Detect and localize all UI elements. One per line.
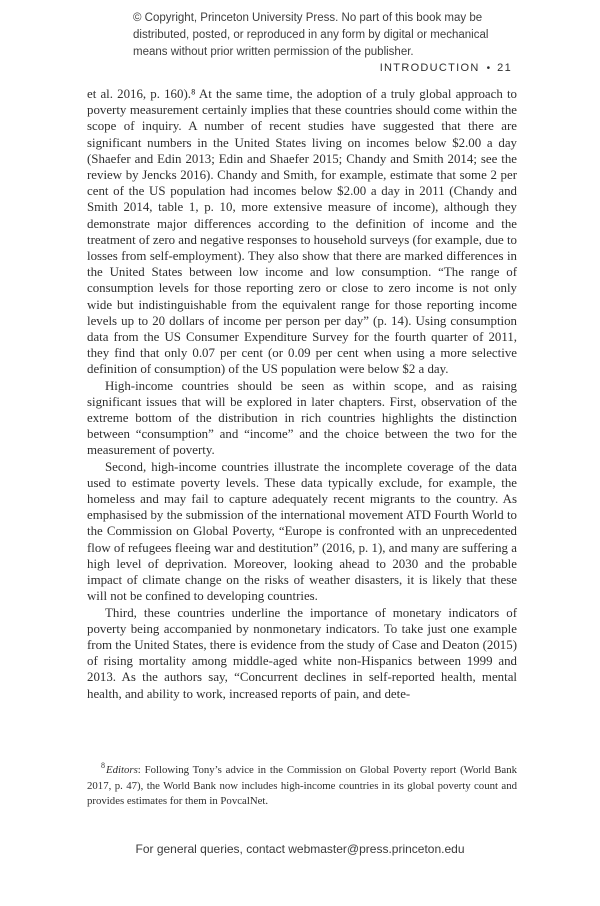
footnote-term: Editors	[106, 764, 138, 776]
footnote-text: : Following Tony’s advice in the Commiss…	[87, 764, 517, 807]
footnote-paragraph: 8Editors: Following Tony’s advice in the…	[87, 763, 517, 810]
copyright-notice: © Copyright, Princeton University Press.…	[133, 10, 488, 61]
section-title: INTRODUCTION	[380, 62, 480, 74]
footnote-marker: 8	[101, 761, 105, 770]
body-text: et al. 2016, p. 160).⁸ At the same time,…	[87, 86, 517, 702]
page-number: 21	[497, 62, 512, 74]
copyright-line-1: © Copyright, Princeton University Press.…	[133, 10, 488, 27]
paragraph-2: High-income countries should be seen as …	[87, 378, 517, 459]
copyright-line-3: means without prior written permission o…	[133, 44, 488, 61]
book-page: © Copyright, Princeton University Press.…	[0, 0, 600, 906]
footnote: 8Editors: Following Tony’s advice in the…	[87, 763, 517, 810]
separator-dot: •	[487, 63, 491, 74]
paragraph-3: Second, high-income countries illustrate…	[87, 459, 517, 605]
contact-line: For general queries, contact webmaster@p…	[135, 842, 464, 856]
paragraph-1: et al. 2016, p. 160).⁸ At the same time,…	[87, 86, 517, 378]
page-footer: For general queries, contact webmaster@p…	[0, 842, 600, 856]
running-head: INTRODUCTION•21	[380, 62, 512, 74]
paragraph-4: Third, these countries underline the imp…	[87, 605, 517, 702]
copyright-line-2: distributed, posted, or reproduced in an…	[133, 27, 488, 44]
